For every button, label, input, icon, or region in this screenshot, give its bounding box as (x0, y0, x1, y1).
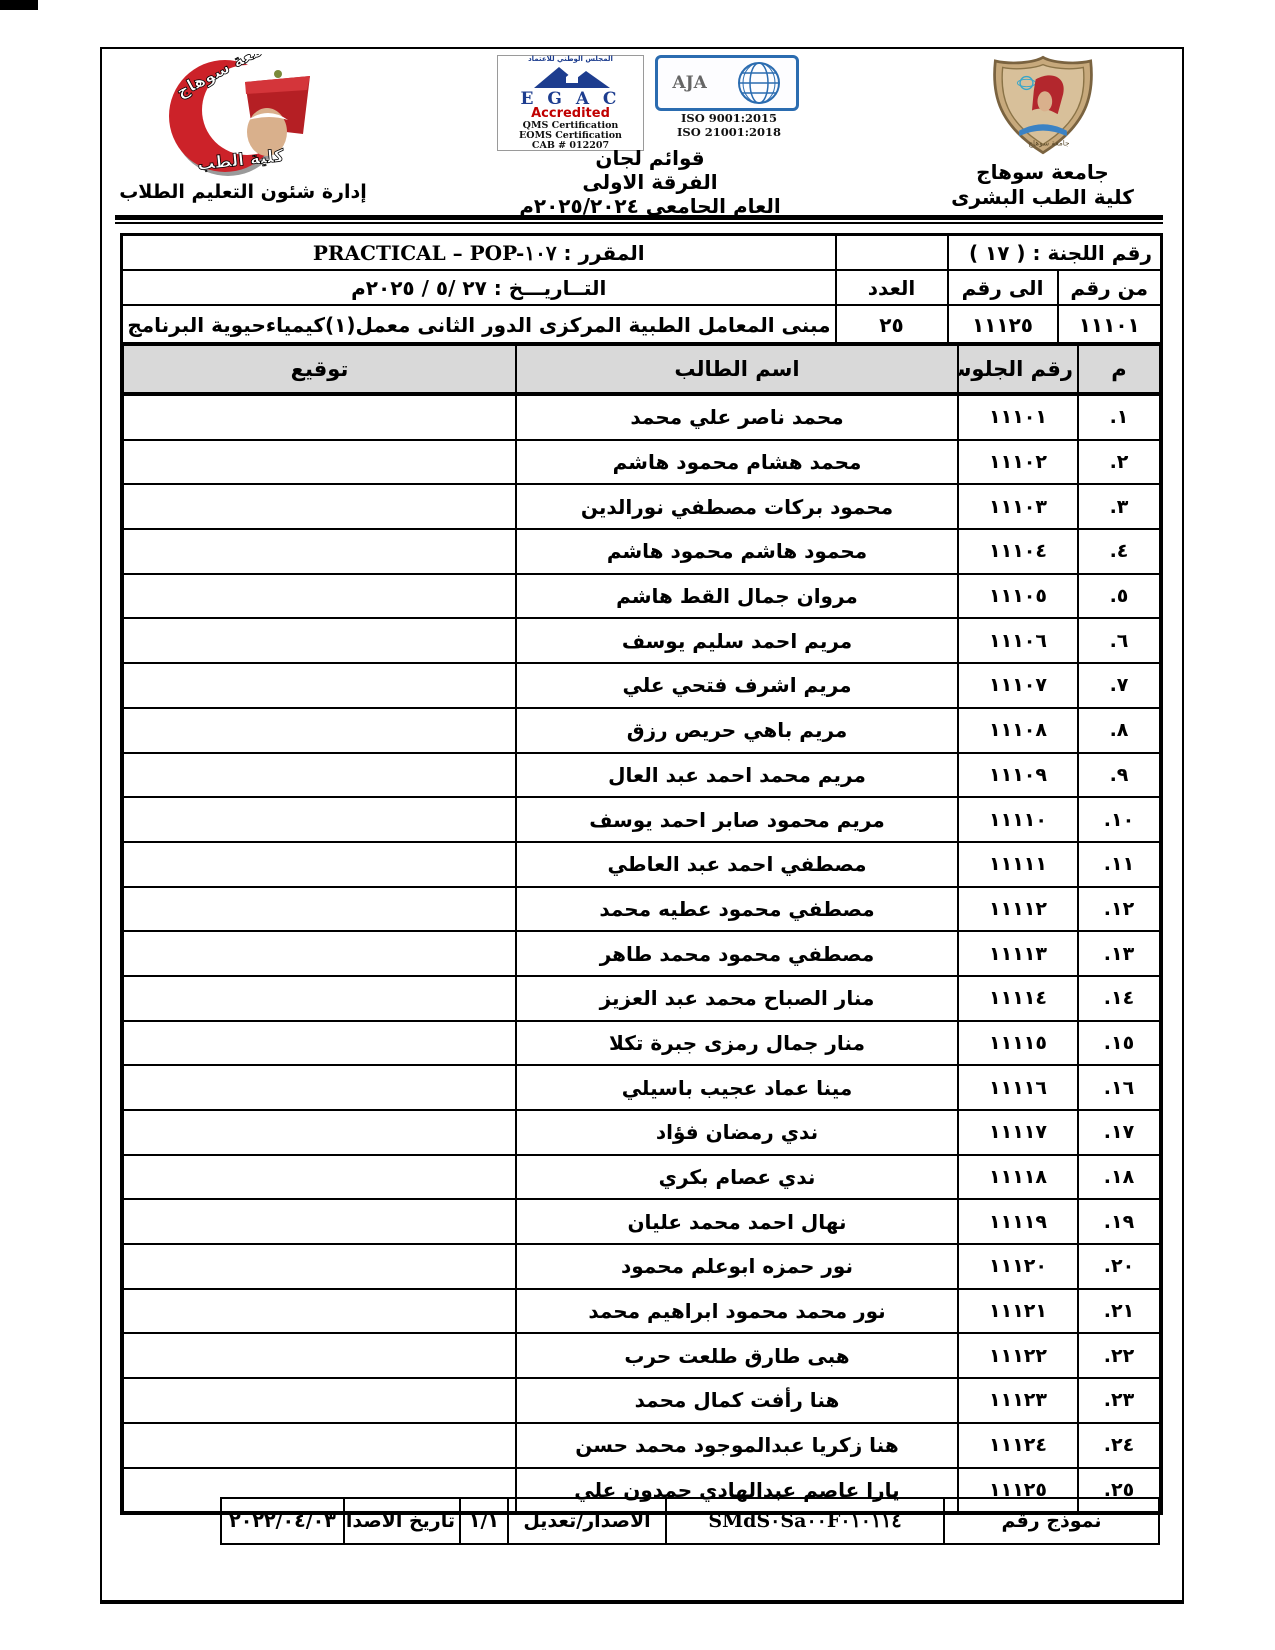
signature-cell (122, 1065, 516, 1110)
student-name: مصطفي احمد عبد العاطي (516, 842, 958, 887)
scan-artifact (0, 0, 38, 10)
signature-cell (122, 1021, 516, 1066)
row-number: ١. (1078, 394, 1161, 440)
seat-number: ١١١١٣ (958, 931, 1078, 976)
col-header-signature: توقيع (122, 344, 516, 394)
student-name: مريم احمد سليم يوسف (516, 618, 958, 663)
table-row: ١٢. ١١١١٢ مصطفي محمود عطيه محمد (122, 887, 1161, 932)
seat-number: ١١١٠٢ (958, 440, 1078, 485)
student-name: مريم محمد احمد عبد العال (516, 753, 958, 798)
seat-number: ١١١١٠ (958, 797, 1078, 842)
signature-cell (122, 1110, 516, 1155)
signature-cell (122, 529, 516, 574)
row-number: ١٦. (1078, 1065, 1161, 1110)
row-number: ١٩. (1078, 1199, 1161, 1244)
signature-cell (122, 797, 516, 842)
row-number: ٨. (1078, 708, 1161, 753)
table-row: ١٦. ١١١١٦ مينا عماد عجيب باسيلي (122, 1065, 1161, 1110)
signature-cell (122, 976, 516, 1021)
table-row: ١. ١١١٠١ محمد ناصر علي محمد (122, 394, 1161, 440)
student-name: نور حمزه ابوعلم محمود (516, 1244, 958, 1289)
student-name: ندي عصام بكري (516, 1155, 958, 1200)
signature-cell (122, 887, 516, 932)
row-number: ٦. (1078, 618, 1161, 663)
student-roster-table: م رقم الجلوس اسم الطالب توقيع ١. ١١١٠١ م… (120, 342, 1163, 1515)
student-name: مريم اشرف فتحي علي (516, 663, 958, 708)
seat-number: ١١١٠٧ (958, 663, 1078, 708)
seat-number: ١١١٠٩ (958, 753, 1078, 798)
seat-number: ١١١١٥ (958, 1021, 1078, 1066)
from-number-label: من رقم (1058, 270, 1162, 305)
row-number: ٤. (1078, 529, 1161, 574)
seat-number: ١١١٠١ (958, 394, 1078, 440)
signature-cell (122, 484, 516, 529)
committee-info-table: رقم اللجنة : ( ١٧ ) المقرر : PRACTICAL –… (120, 233, 1163, 347)
row-number: ٢. (1078, 440, 1161, 485)
student-name: محمد ناصر علي محمد (516, 394, 958, 440)
roster-header-row: م رقم الجلوس اسم الطالب توقيع (122, 344, 1161, 394)
student-name: ندي رمضان فؤاد (516, 1110, 958, 1155)
count-label: العدد (836, 270, 948, 305)
signature-cell (122, 1333, 516, 1378)
signature-cell (122, 394, 516, 440)
row-number: ١٧. (1078, 1110, 1161, 1155)
row-number: ١٨. (1078, 1155, 1161, 1200)
exam-date: التــاريـــخ : ٢٧ /٥ / ٢٠٢٥م (122, 270, 836, 305)
seat-number: ١١١٢٢ (958, 1333, 1078, 1378)
aja-certification-badge: AJA ISO 9001:2015 ISO 21001:2018 (655, 55, 803, 149)
exam-location: مبنى المعامل الطبية المركزى الدور الثانى… (122, 305, 836, 345)
header-divider (115, 215, 1163, 224)
seat-number: ١١١١٨ (958, 1155, 1078, 1200)
department-label: إدارة شئون التعليم الطلاب (118, 181, 368, 203)
seat-number: ١١١٢١ (958, 1289, 1078, 1334)
document-title-block: قوائم لجان الفرقة الاولى العام الجامعي ٢… (430, 146, 870, 218)
student-name: هبى طارق طلعت حرب (516, 1333, 958, 1378)
form-number-label: نموذج رقم (944, 1498, 1159, 1544)
iso-line: ISO 9001:2015 (655, 111, 803, 125)
row-number: ١١. (1078, 842, 1161, 887)
faculty-name: كلية الطب البشرى (935, 185, 1150, 210)
student-name: هنا رأفت كمال محمد (516, 1378, 958, 1423)
row-number: ٩. (1078, 753, 1161, 798)
table-row: ٢. ١١١٠٢ محمد هشام محمود هاشم (122, 440, 1161, 485)
signature-cell (122, 440, 516, 485)
seat-number: ١١١٠٦ (958, 618, 1078, 663)
seat-number: ١١١٠٥ (958, 574, 1078, 619)
student-name: مريم محمود صابر احمد يوسف (516, 797, 958, 842)
signature-cell (122, 842, 516, 887)
row-number: ٣. (1078, 484, 1161, 529)
issue-date-label: تاريخ الاصدار (344, 1498, 460, 1544)
table-row: ٩. ١١١٠٩ مريم محمد احمد عبد العال (122, 753, 1161, 798)
col-header-name: اسم الطالب (516, 344, 958, 394)
row-number: ٧. (1078, 663, 1161, 708)
row-number: ١٣. (1078, 931, 1161, 976)
row-number: ٢٠. (1078, 1244, 1161, 1289)
university-name: جامعة سوهاج (935, 160, 1150, 185)
to-number-label: الى رقم (948, 270, 1058, 305)
student-name: مصطفي محمود عطيه محمد (516, 887, 958, 932)
seat-number: ١١١٠٣ (958, 484, 1078, 529)
seat-number: ١١١٠٤ (958, 529, 1078, 574)
count-value: ٢٥ (836, 305, 948, 345)
signature-cell (122, 1244, 516, 1289)
signature-cell (122, 1155, 516, 1200)
university-shield-logo-icon: جامعة سوهاج (988, 53, 1098, 161)
egac-mountains-icon (526, 63, 616, 89)
document-page: جامعة سوهاج كلية الطب إدارة شئون التعليم… (0, 0, 1275, 1650)
signature-cell (122, 1289, 516, 1334)
faculty-crescent-logo-icon: جامعة سوهاج كلية الطب (150, 54, 350, 186)
student-name: مروان جمال القط هاشم (516, 574, 958, 619)
signature-cell (122, 663, 516, 708)
student-name: محمود بركات مصطفي نورالدين (516, 484, 958, 529)
table-row: ٢٤. ١١١٢٤ هنا زكريا عبدالموجود محمد حسن (122, 1423, 1161, 1468)
egac-certification-badge: المجلس الوطني للاعتماد E G A C Accredite… (497, 55, 644, 151)
table-row: ٦. ١١١٠٦ مريم احمد سليم يوسف (122, 618, 1161, 663)
seat-number: ١١١٠٨ (958, 708, 1078, 753)
table-row: ١٨. ١١١١٨ ندي عصام بكري (122, 1155, 1161, 1200)
signature-cell (122, 708, 516, 753)
table-row: ٢٠. ١١١٢٠ نور حمزه ابوعلم محمود (122, 1244, 1161, 1289)
seat-number: ١١١١٤ (958, 976, 1078, 1021)
table-row: ١٤. ١١١١٤ منار الصباح محمد عبد العزيز (122, 976, 1161, 1021)
student-name: نهال احمد محمد عليان (516, 1199, 958, 1244)
row-number: ٢٢. (1078, 1333, 1161, 1378)
svg-text:جامعة سوهاج: جامعة سوهاج (1028, 138, 1069, 147)
seat-number: ١١١٢٣ (958, 1378, 1078, 1423)
signature-cell (122, 931, 516, 976)
student-name: نور محمد محمود ابراهيم محمد (516, 1289, 958, 1334)
course-cell: المقرر : PRACTICAL – POP-١٠٧ (122, 235, 836, 271)
signature-cell (122, 1378, 516, 1423)
student-name: منار الصباح محمد عبد العزيز (516, 976, 958, 1021)
aja-name: AJA (672, 73, 706, 93)
student-name: هنا زكريا عبدالموجود محمد حسن (516, 1423, 958, 1468)
iso-line: ISO 21001:2018 (655, 125, 803, 139)
row-number: ١٢. (1078, 887, 1161, 932)
row-number: ٢٤. (1078, 1423, 1161, 1468)
table-row: ١٥. ١١١١٥ منار جمال رمزى جبرة تكلا (122, 1021, 1161, 1066)
table-row: ٣. ١١١٠٣ محمود بركات مصطفي نورالدين (122, 484, 1161, 529)
title-lists: قوائم لجان (430, 146, 870, 170)
form-code: SMdS٠Sa٠٠F٠١٠١١٤ (666, 1498, 944, 1544)
signature-cell (122, 574, 516, 619)
table-row: ١٠. ١١١١٠ مريم محمود صابر احمد يوسف (122, 797, 1161, 842)
committee-number: رقم اللجنة : ( ١٧ ) (948, 235, 1162, 271)
form-footer-table: نموذج رقم SMdS٠Sa٠٠F٠١٠١١٤ الاصدار/تعديل… (220, 1497, 1160, 1545)
table-row: ٧. ١١١٠٧ مريم اشرف فتحي علي (122, 663, 1161, 708)
seat-number: ١١١١٢ (958, 887, 1078, 932)
issue-amendment-value: ١/١ (460, 1498, 508, 1544)
seat-number: ١١١١٩ (958, 1199, 1078, 1244)
egac-accredited-label: Accredited (498, 107, 643, 121)
seat-number: ١١١٢٤ (958, 1423, 1078, 1468)
issue-amendment-label: الاصدار/تعديل (508, 1498, 666, 1544)
row-number: ١٠. (1078, 797, 1161, 842)
table-row: ٥. ١١١٠٥ مروان جمال القط هاشم (122, 574, 1161, 619)
col-header-number: م (1078, 344, 1161, 394)
signature-cell (122, 753, 516, 798)
signature-cell (122, 1423, 516, 1468)
from-number-value: ١١١٠١ (1058, 305, 1162, 345)
row-number: ١٥. (1078, 1021, 1161, 1066)
table-row: ٢٣. ١١١٢٣ هنا رأفت كمال محمد (122, 1378, 1161, 1423)
seat-number: ١١١١٧ (958, 1110, 1078, 1155)
table-row: ٢٢. ١١١٢٢ هبى طارق طلعت حرب (122, 1333, 1161, 1378)
student-name: مينا عماد عجيب باسيلي (516, 1065, 958, 1110)
table-row: ١١. ١١١١١ مصطفي احمد عبد العاطي (122, 842, 1161, 887)
col-header-seat: رقم الجلوس (958, 344, 1078, 394)
seat-number: ١١١١١ (958, 842, 1078, 887)
seat-number: ١١١١٦ (958, 1065, 1078, 1110)
student-name: منار جمال رمزى جبرة تكلا (516, 1021, 958, 1066)
empty-cell (836, 235, 948, 271)
table-row: ١٧. ١١١١٧ ندي رمضان فؤاد (122, 1110, 1161, 1155)
to-number-value: ١١١٢٥ (948, 305, 1058, 345)
student-name: محمود هاشم محمود هاشم (516, 529, 958, 574)
table-row: ٤. ١١١٠٤ محمود هاشم محمود هاشم (122, 529, 1161, 574)
egac-arc-text: المجلس الوطني للاعتماد (498, 56, 643, 63)
course-label: المقرر : (564, 241, 645, 265)
table-row: ١٩. ١١١١٩ نهال احمد محمد عليان (122, 1199, 1161, 1244)
table-row: ٢١. ١١١٢١ نور محمد محمود ابراهيم محمد (122, 1289, 1161, 1334)
signature-cell (122, 618, 516, 663)
student-name: مصطفي محمود محمد طاهر (516, 931, 958, 976)
seat-number: ١١١٢٠ (958, 1244, 1078, 1289)
table-row: ١٣. ١١١١٣ مصطفي محمود محمد طاهر (122, 931, 1161, 976)
signature-cell (122, 1199, 516, 1244)
title-year-group: الفرقة الاولى (430, 170, 870, 194)
row-number: ٥. (1078, 574, 1161, 619)
student-name: مريم باهي حريص رزق (516, 708, 958, 753)
table-row: ٨. ١١١٠٨ مريم باهي حريص رزق (122, 708, 1161, 753)
course-code: PRACTICAL – POP-١٠٧ (313, 241, 557, 265)
row-number: ٢١. (1078, 1289, 1161, 1334)
aja-globe-icon (736, 60, 782, 106)
row-number: ١٤. (1078, 976, 1161, 1021)
issue-date-value: ٢٠٢٢/٠٤/٠٣ (221, 1498, 344, 1544)
student-name: محمد هشام محمود هاشم (516, 440, 958, 485)
university-label-block: جامعة سوهاج كلية الطب البشرى (935, 160, 1150, 210)
row-number: ٢٣. (1078, 1378, 1161, 1423)
